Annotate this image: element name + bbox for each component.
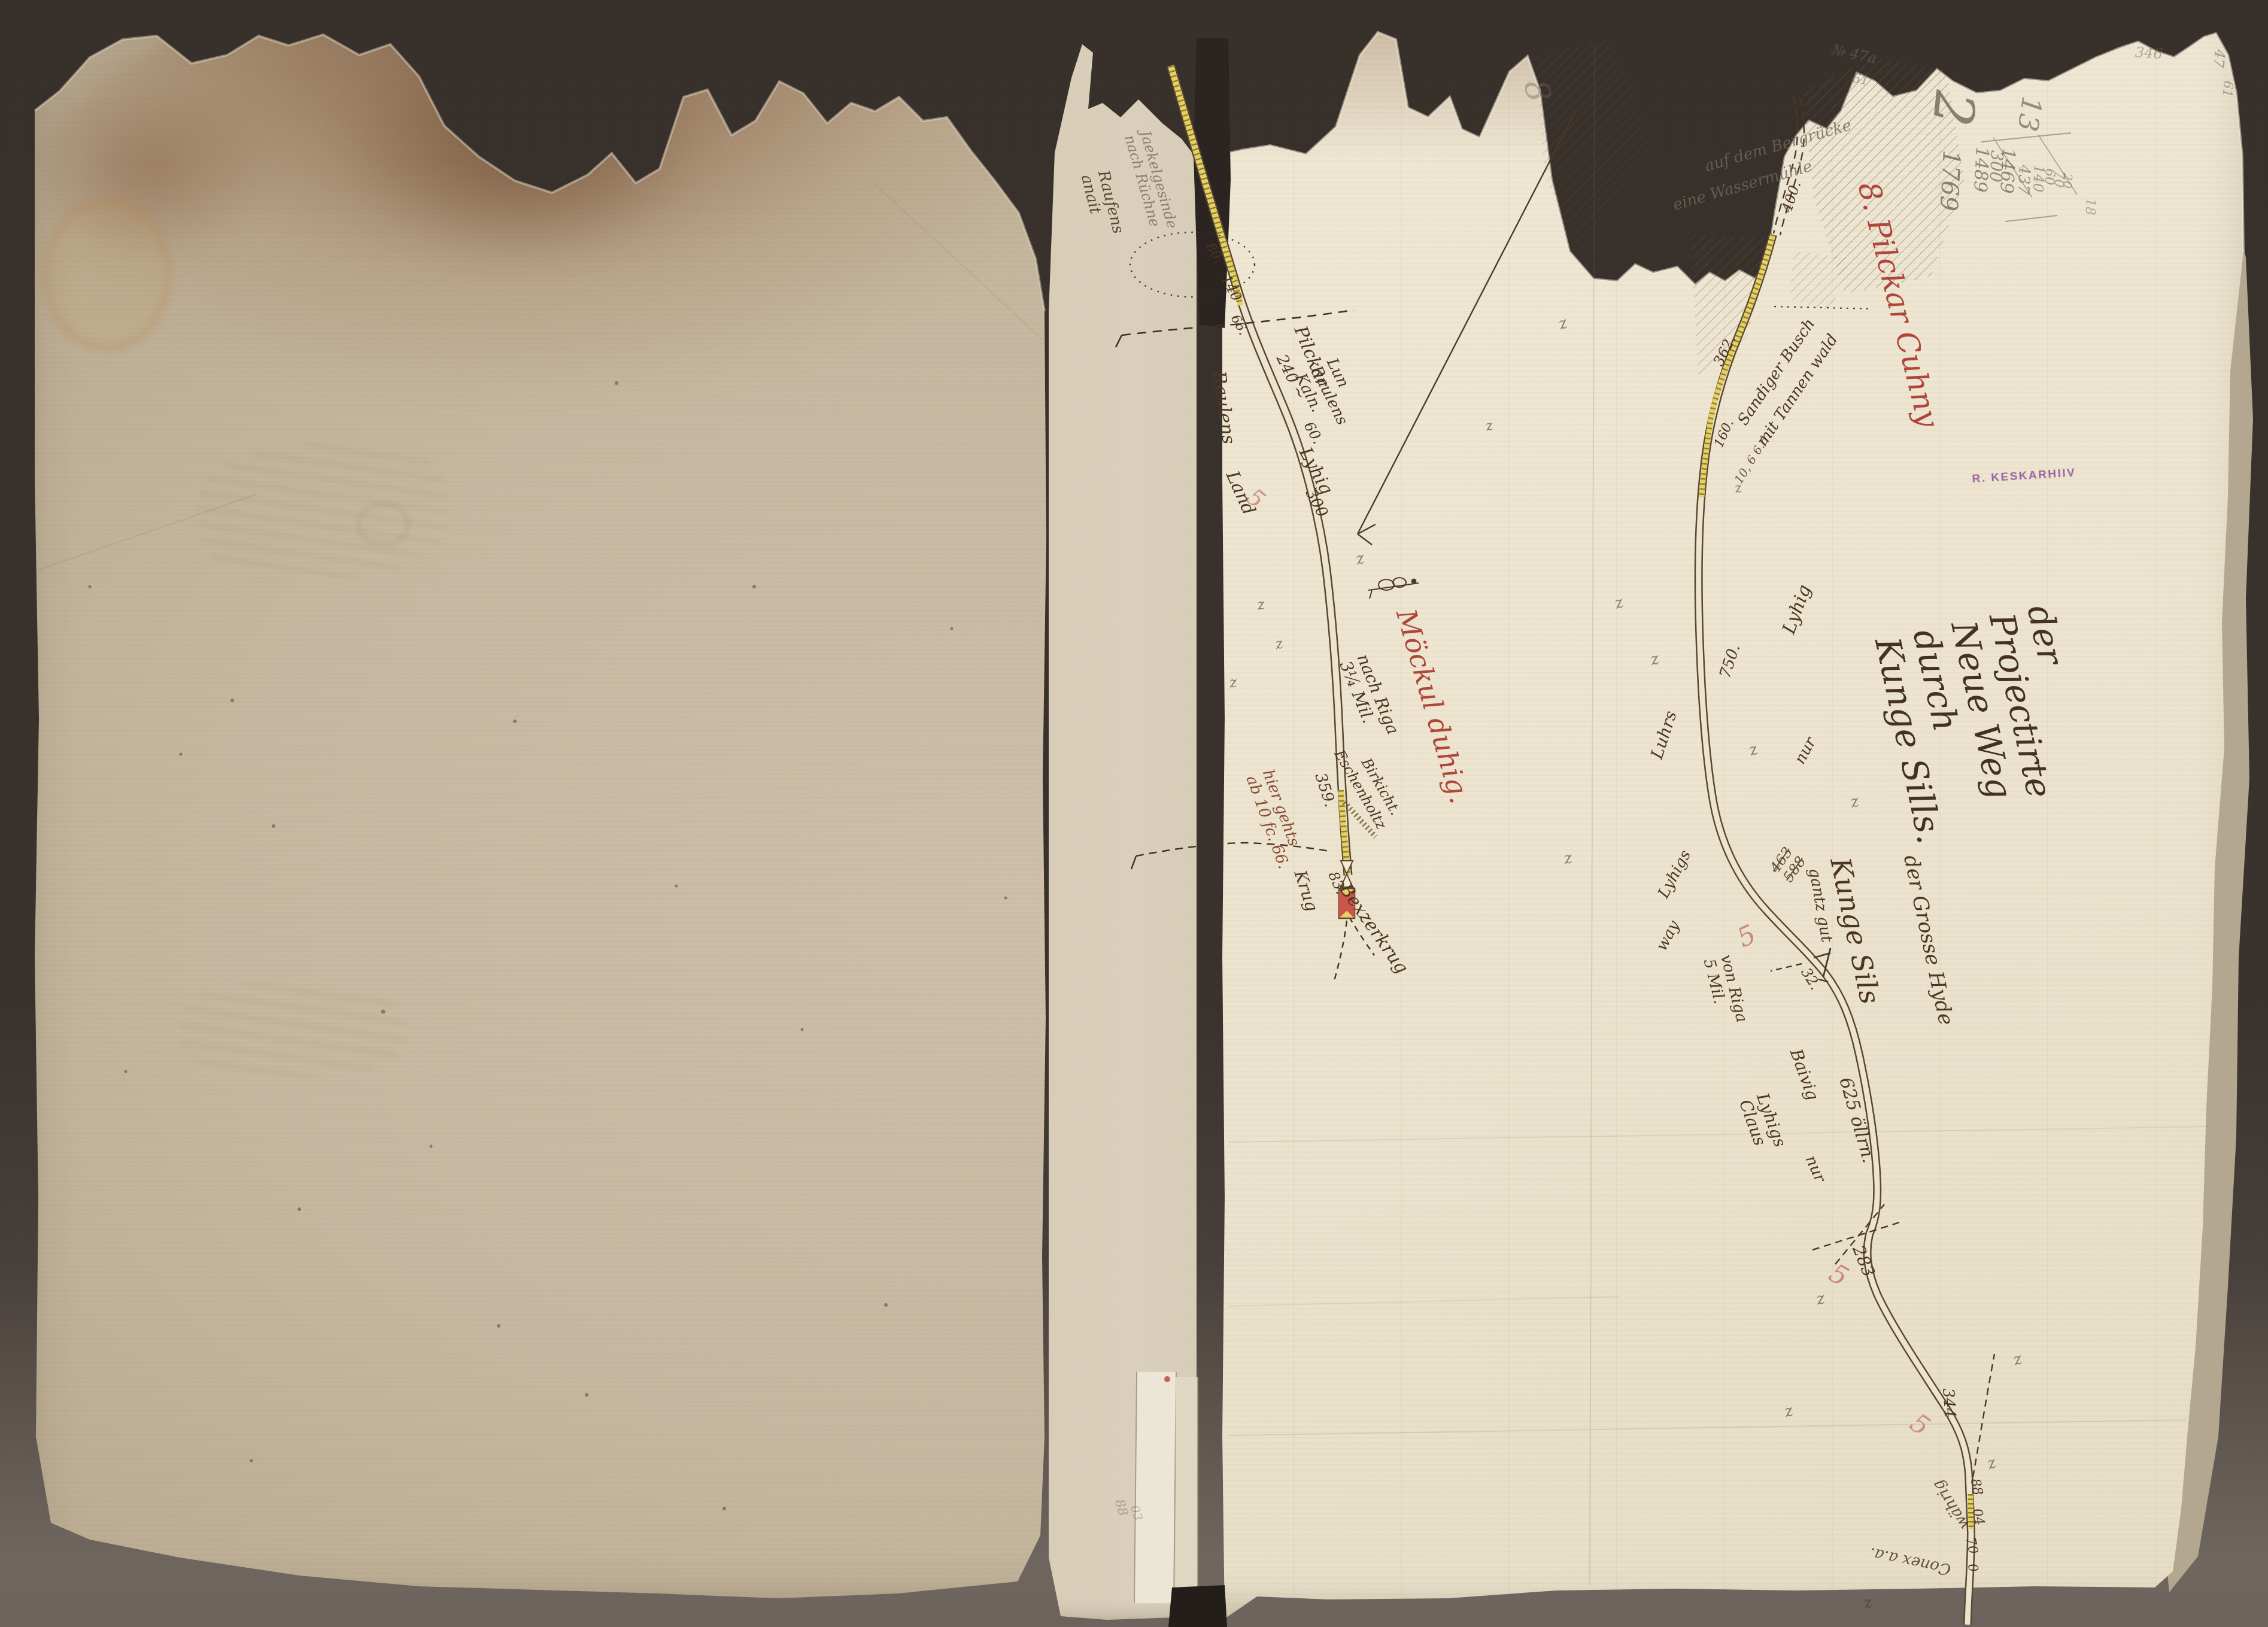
map-drawing <box>0 0 2268 1627</box>
foxing-specks <box>89 381 1007 1510</box>
pencil-rule-lines <box>1981 133 2077 221</box>
bridge-marker <box>1339 861 1355 918</box>
scanned-map-spread: der Projectirte Neue Weg durch Kunge Sil… <box>0 0 2268 1627</box>
red-wax-speck <box>1164 1376 1170 1382</box>
signpost-symbol <box>1368 578 1419 599</box>
yellow-road-segment <box>1171 66 1240 305</box>
slope-hachures <box>1535 38 1965 383</box>
road-west <box>1171 66 1376 875</box>
torn-edge-left <box>35 35 1045 311</box>
survey-arrow <box>1358 111 1575 545</box>
road-east <box>1699 235 1971 1625</box>
paths-west <box>1116 232 1374 983</box>
